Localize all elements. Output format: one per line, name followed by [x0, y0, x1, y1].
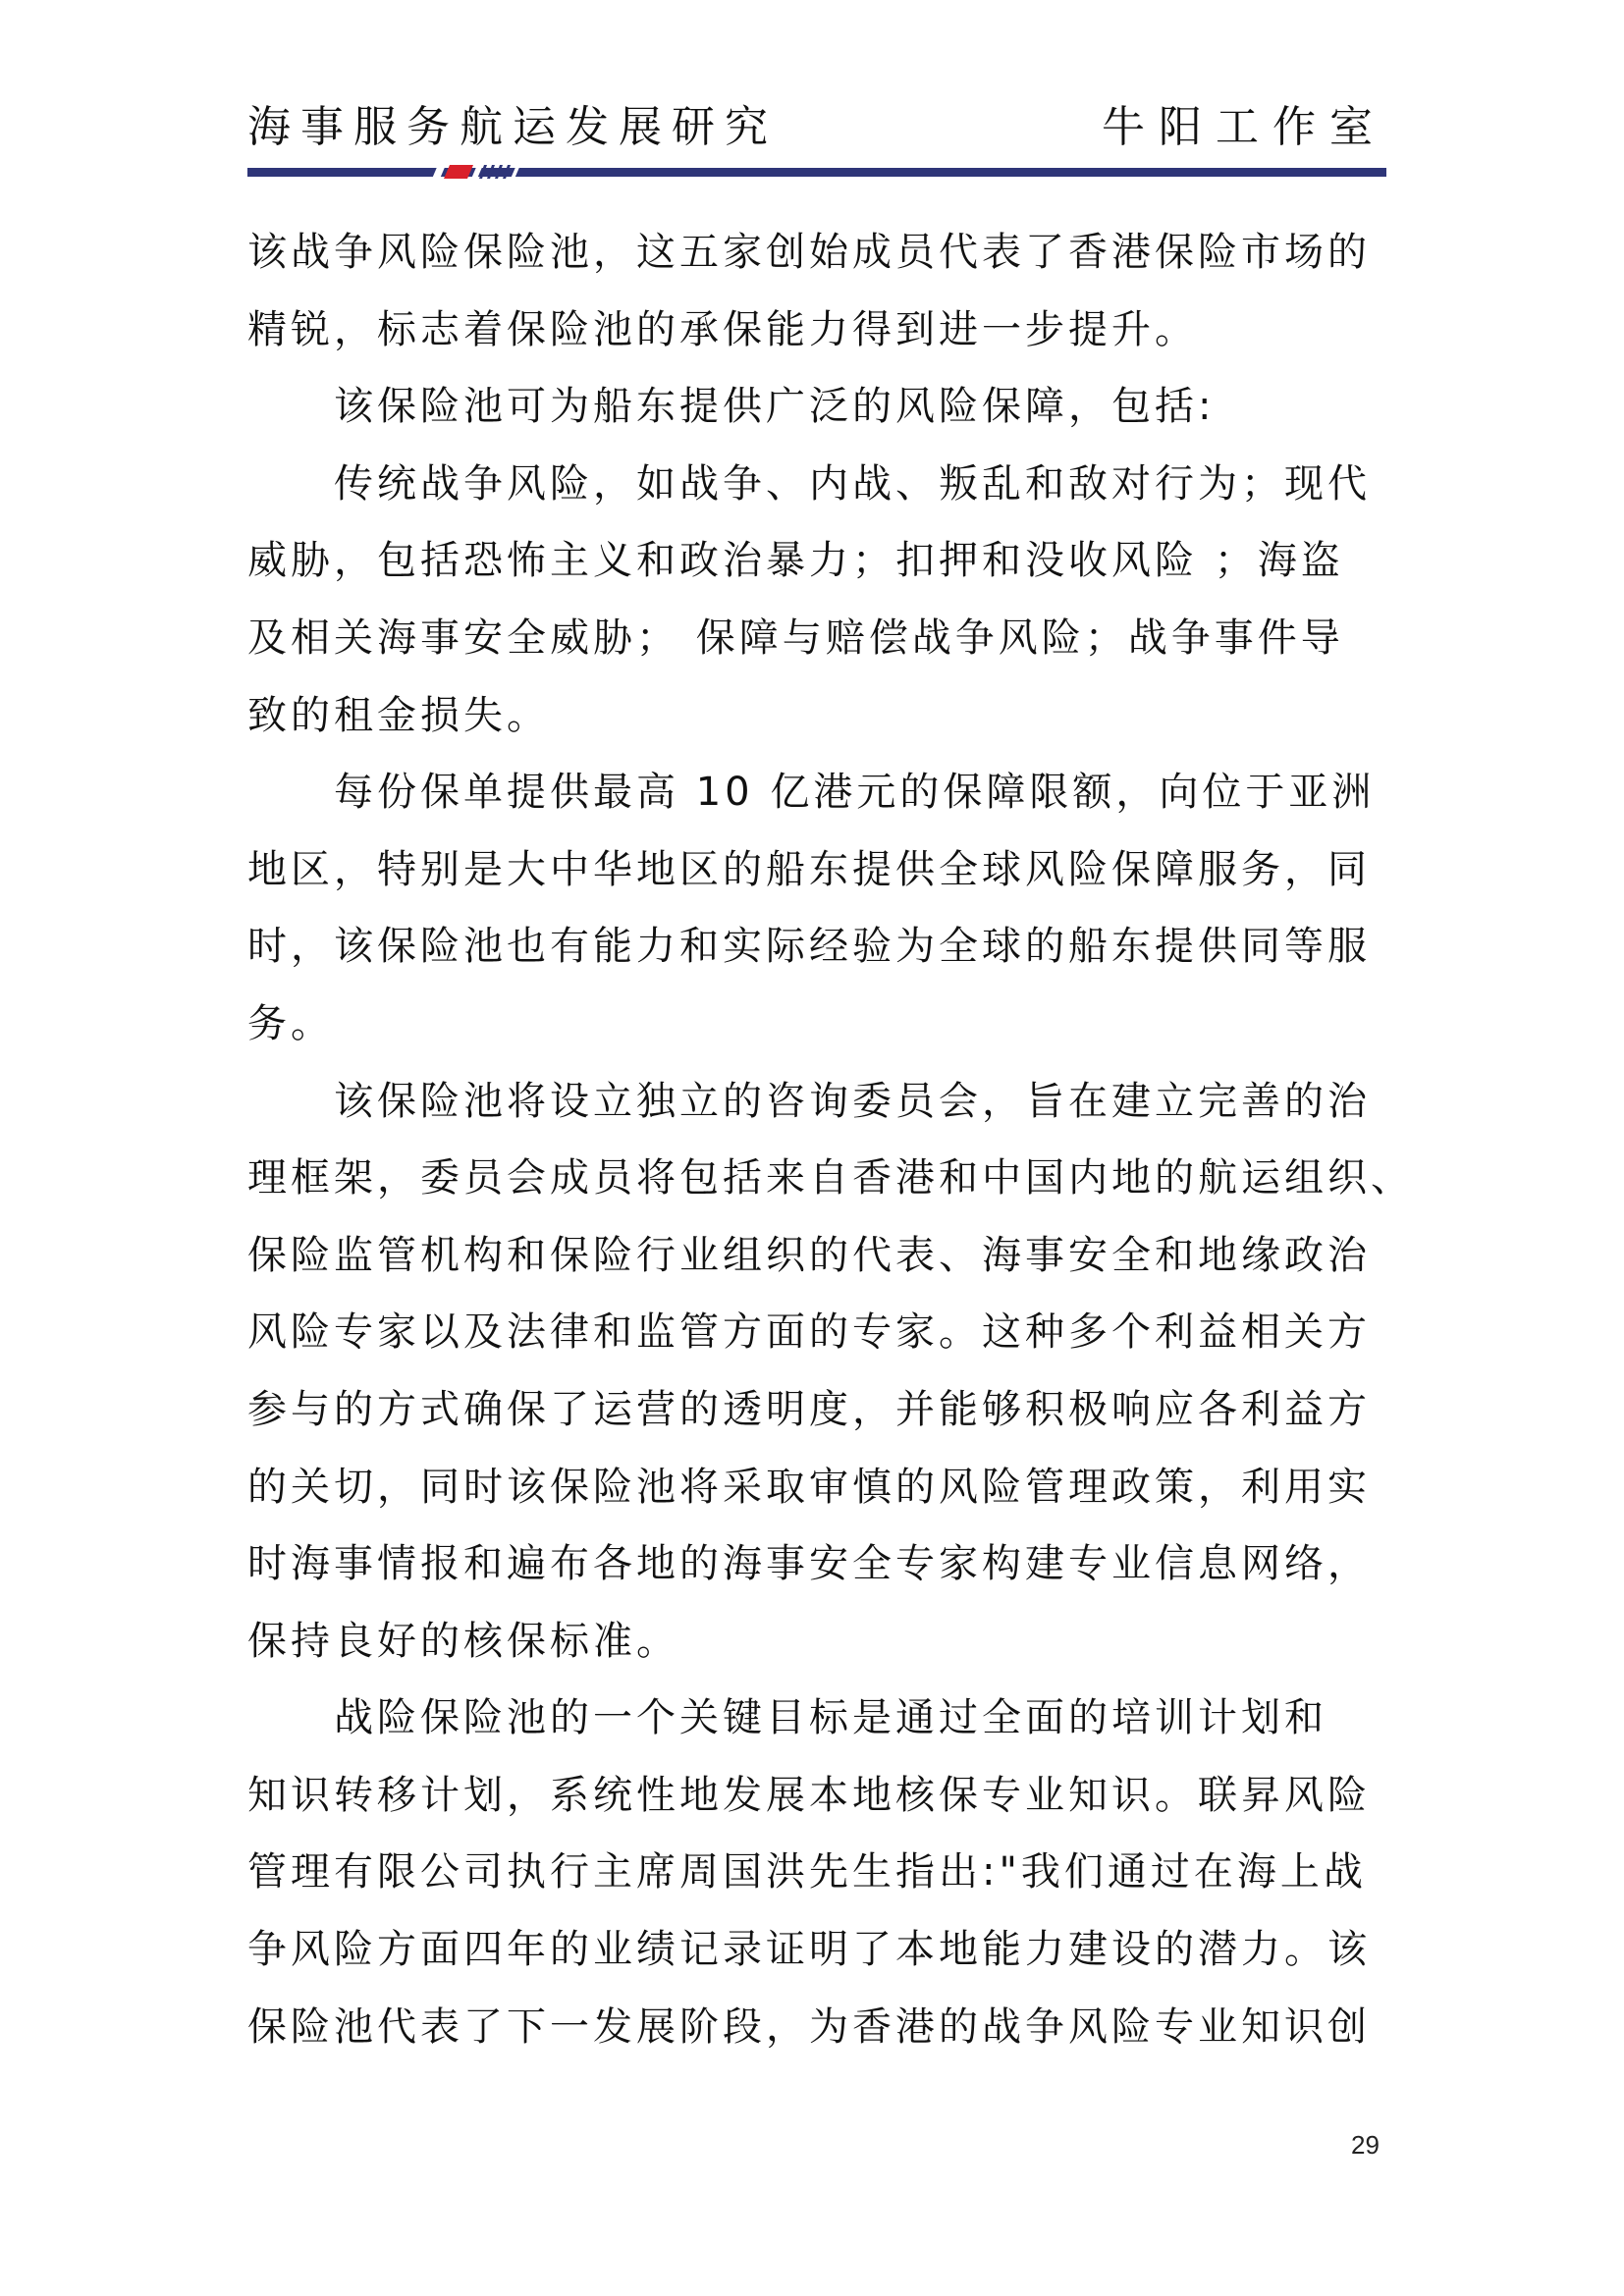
- body-text: 该战争风险保险池，这五家创始成员代表了香港保险市场的 精锐，标志着保险池的承保能…: [247, 214, 1396, 2065]
- text-line: 精锐，标志着保险池的承保能力得到进一步提升。: [247, 292, 1396, 369]
- text-line: 时海事情报和遍布各地的海事安全专家构建专业信息网络，: [247, 1525, 1396, 1603]
- text-line: 地区，特别是大中华地区的船东提供全球风险保障服务，同: [247, 831, 1396, 909]
- header-rule: [247, 168, 1386, 177]
- paragraph-advisory-committee: 该保险池将设立独立的咨询委员会，旨在建立完善的治 理框架，委员会成员将包括来自香…: [247, 1063, 1396, 1681]
- text-line: 传统战争风险，如战争、内战、叛乱和敌对行为；现代: [247, 446, 1396, 523]
- text-line: 战险保险池的一个关键目标是通过全面的培训计划和: [247, 1680, 1396, 1757]
- text-line: 及相关海事安全威胁； 保障与赔偿战争风险；战争事件导: [247, 600, 1396, 677]
- paragraph-coverage-list: 传统战争风险，如战争、内战、叛乱和敌对行为；现代 威胁，包括恐怖主义和政治暴力；…: [247, 446, 1396, 754]
- text-line: 保持良好的核保标准。: [247, 1603, 1396, 1681]
- text-line: 保险池代表了下一发展阶段，为香港的战争风险专业知识创: [247, 1989, 1396, 2066]
- text-line: 每份保单提供最高 10 亿港元的保障限额，向位于亚洲: [247, 754, 1396, 831]
- paragraph-policy-limit: 每份保单提供最高 10 亿港元的保障限额，向位于亚洲 地区，特别是大中华地区的船…: [247, 754, 1396, 1062]
- text-line: 该战争风险保险池，这五家创始成员代表了香港保险市场的: [247, 214, 1396, 292]
- page-number: 29: [1351, 2130, 1380, 2161]
- text-line: 风险专家以及法律和监管方面的专家。这种多个利益相关方: [247, 1294, 1396, 1371]
- text-line: 时，该保险池也有能力和实际经验为全球的船东提供同等服: [247, 908, 1396, 986]
- text-line: 致的租金损失。: [247, 677, 1396, 755]
- text-line: 知识转移计划，系统性地发展本地核保专业知识。联昇风险: [247, 1757, 1396, 1835]
- text-line: 该保险池可为船东提供广泛的风险保障，包括:: [247, 368, 1396, 446]
- header-brand: 牛阳工作室: [1102, 98, 1386, 157]
- paragraph-pool-members: 该战争风险保险池，这五家创始成员代表了香港保险市场的 精锐，标志着保险池的承保能…: [247, 214, 1396, 368]
- paragraph-coverage-intro: 该保险池可为船东提供广泛的风险保障，包括:: [247, 368, 1396, 446]
- text-line: 争风险方面四年的业绩记录证明了本地能力建设的潜力。该: [247, 1911, 1396, 1989]
- header-rule-accent-icon: [432, 165, 520, 179]
- page-header: 海事服务航运发展研究 牛阳工作室: [247, 98, 1386, 157]
- text-line: 该保险池将设立独立的咨询委员会，旨在建立完善的治: [247, 1063, 1396, 1141]
- paragraph-key-objective: 战险保险池的一个关键目标是通过全面的培训计划和 知识转移计划，系统性地发展本地核…: [247, 1680, 1396, 2065]
- text-line: 管理有限公司执行主席周国洪先生指出:"我们通过在海上战: [247, 1834, 1396, 1911]
- text-line: 理框架，委员会成员将包括来自香港和中国内地的航运组织、: [247, 1140, 1396, 1217]
- text-line: 务。: [247, 986, 1396, 1063]
- header-title: 海事服务航运发展研究: [247, 98, 778, 157]
- text-line: 保险监管机构和保险行业组织的代表、海事安全和地缘政治: [247, 1217, 1396, 1295]
- text-line: 威胁，包括恐怖主义和政治暴力；扣押和没收风险 ；海盗: [247, 522, 1396, 600]
- text-line: 参与的方式确保了运营的透明度，并能够积极响应各利益方: [247, 1371, 1396, 1449]
- text-line: 的关切，同时该保险池将采取审慎的风险管理政策，利用实: [247, 1449, 1396, 1526]
